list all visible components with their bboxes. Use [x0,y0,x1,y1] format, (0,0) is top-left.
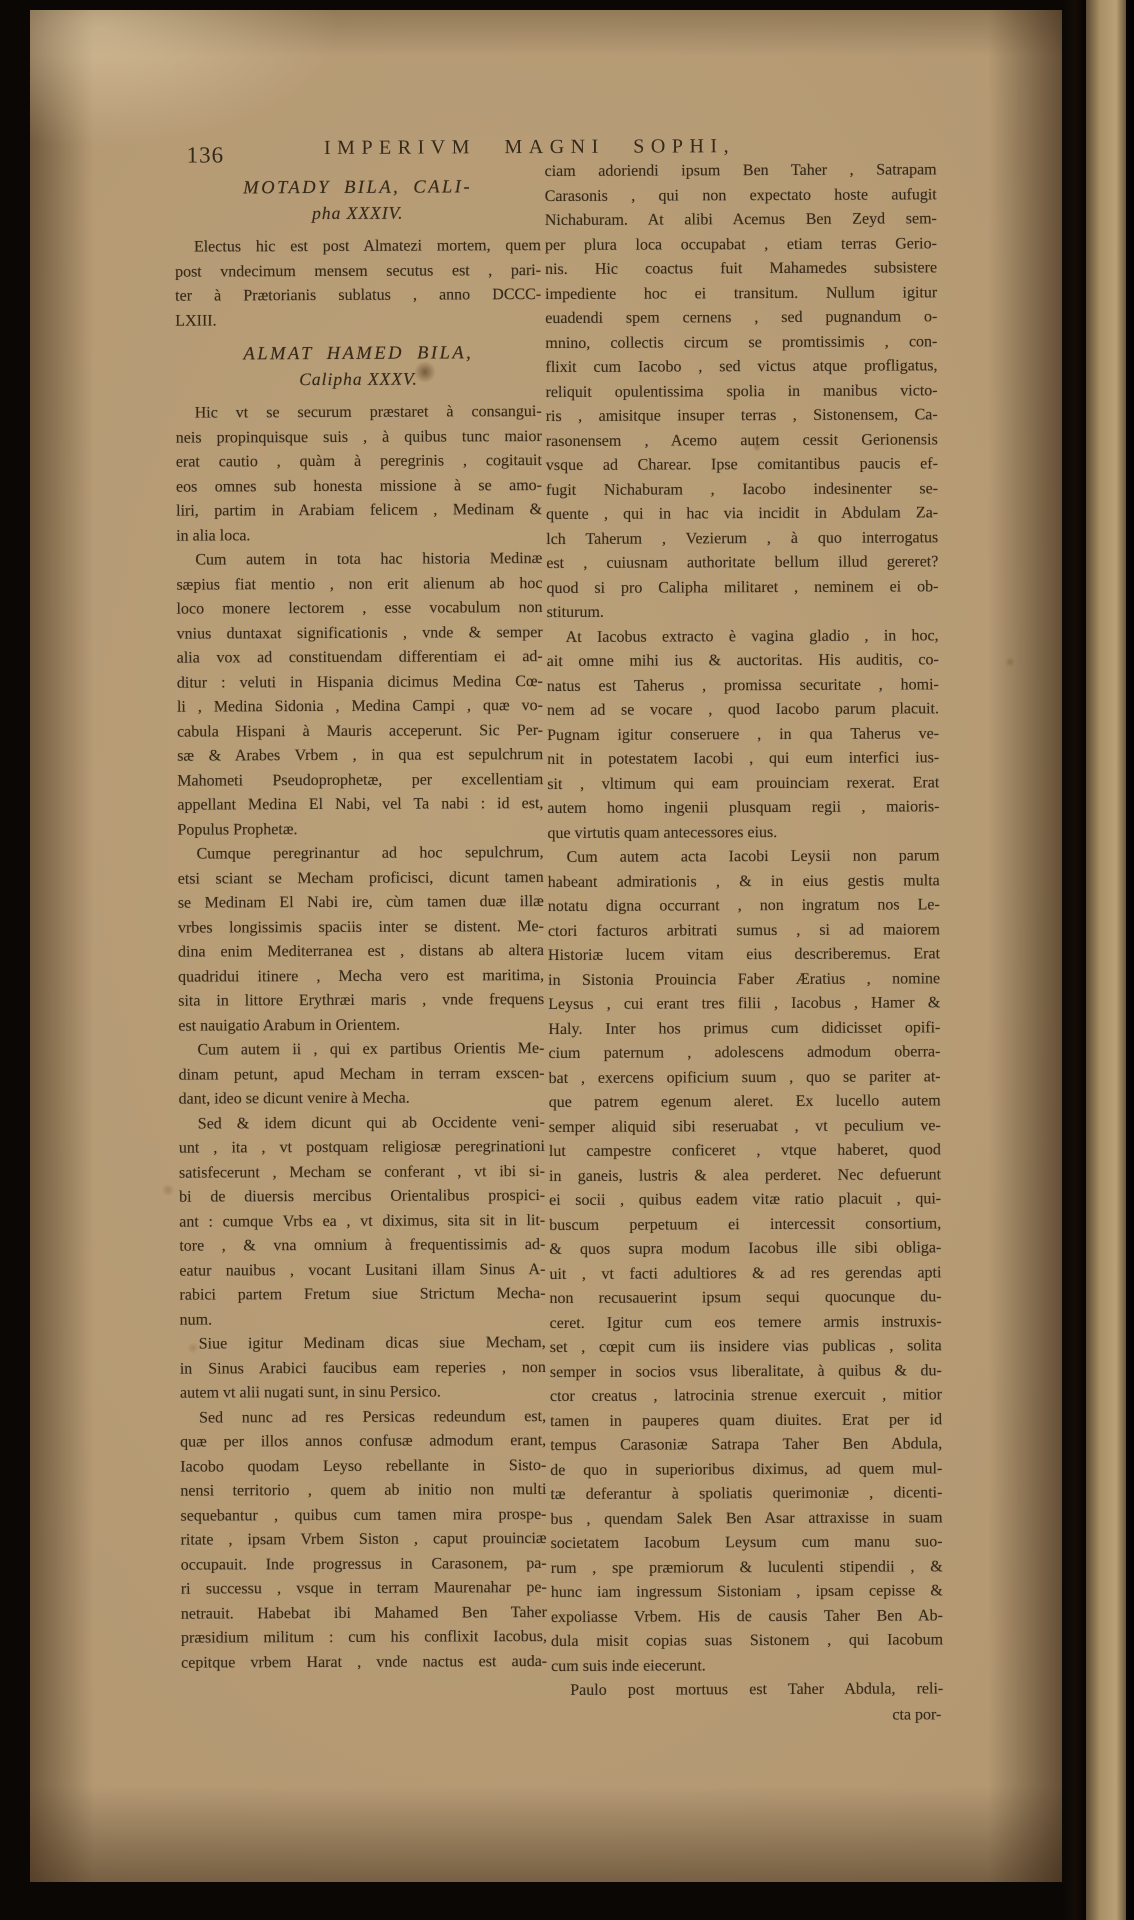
text-line: ri successu , vsque in terram Maurenahar… [181,1576,547,1602]
text-line: autem homo ingenii plusquam regii , maio… [547,795,939,821]
text-line: Sed & idem dicunt qui ab Occidente veni- [179,1111,545,1137]
text-line: loco monere lectorem , esse vocabulum no… [176,596,542,622]
text-line: Pugnam igitur conseruere , in qua Taheru… [547,722,939,748]
text-line: sita in littore Erythræi maris , vnde fr… [178,988,544,1014]
text-line: habeant admirationis , & in eius gestis … [548,869,940,895]
book-page: 136 IMPERIVM MAGNI SOPHI, MOTADY BILA, C… [30,10,1062,1882]
page-content: 136 IMPERIVM MAGNI SOPHI, MOTADY BILA, C… [26,8,1066,1884]
text-line: Carasonis , qui non expectato hoste aufu… [545,183,937,209]
text-line: satisfecerunt , Mecham se conferant , vt… [179,1160,545,1186]
text-line: quæ per illos annos confusæ admodum eran… [180,1429,546,1455]
text-line: Historiæ lucem vitam eius describeremus.… [548,942,940,968]
text-line: quadridui itinere , Mecha vero est marit… [178,964,544,990]
text-line: est nauigatio Arabum in Orientem. [178,1013,544,1039]
text-line: vnius duntaxat significationis , vnde & … [177,621,543,647]
body-paragraph: Sed & idem dicunt qui ab Occidente veni-… [179,1111,546,1333]
text-line: tamen in pauperes quam diuites. Erat per… [550,1408,942,1434]
text-line: est , cuiusnam authoritate bellum illud … [546,550,938,576]
text-line: semper aliquid sibi reseruabat , vt pecu… [549,1114,941,1140]
text-line: mnino, collectis circum se promtissimis … [545,330,937,356]
text-line: ant : cumque Vrbs ea , vt diximus, sita … [179,1209,545,1235]
text-line: bus , quendam Salek Ben Asar attraxisse … [550,1506,942,1532]
text-line: liri, partim in Arabiam felicem , Medina… [176,498,542,524]
text-line: lut campestre conficeret , vtque haberet… [549,1138,941,1164]
text-line: ei socii , quibus eadem vitæ ratio placu… [549,1187,941,1213]
text-line: cta por- [551,1703,941,1729]
text-line: Electus hic est post Almatezi mortem, qu… [175,234,541,260]
text-line: nem ad se vocare , quod Iacobo parum pla… [547,697,939,723]
text-line: pha XXXIV. [175,200,541,226]
body-paragraph: Hic vt se securum præstaret à consangui-… [176,400,543,549]
section-heading: MOTADY BILA, CALI-pha XXXIV. [175,175,541,226]
body-paragraph: Electus hic est post Almatezi mortem, qu… [175,234,541,334]
text-line: præsidium militum : cum his conflixit Ia… [181,1625,547,1651]
text-line: ciam adoriendi ipsum Ben Taher , Satrapa… [545,158,937,184]
body-paragraph: Cum autem ii , qui ex partibus Orientis … [178,1037,544,1112]
text-line: ditur : veluti in Hispania dicimus Medin… [177,670,543,696]
text-line: ctor creatus , latrocinia strenue exercu… [550,1383,942,1409]
body-paragraph: Cum autem in tota hac historia Medinæsæp… [176,547,543,843]
text-line: que virtutis quam antecessores eius. [547,820,939,846]
text-line: etsi sciant se Mecham proficisci, dicunt… [178,866,544,892]
text-line: Nichaburam. At alibi Acemus Ben Zeyd sem… [545,207,937,233]
text-line: dinam petunt, apud Mecham in terram exsc… [179,1062,545,1088]
body-paragraph: Siue igitur Medinam dicas siue Mecham,in… [180,1331,546,1406]
text-line: natus est Taherus , promissa securitate … [547,673,939,699]
text-line: eos omnes sub honesta missione à se amo- [176,474,542,500]
text-line: Iacobo quodam Leyso rebellante in Sisto- [180,1454,546,1480]
text-line: & quos supra modum Iacobus ille sibi obl… [549,1236,941,1262]
text-line: vrbes longissimis spaciis inter se diste… [178,915,544,941]
text-line: tempus Carasoniæ Satrapa Taher Ben Abdul… [550,1432,942,1458]
catchword: cta por- [551,1703,943,1729]
text-line: Siue igitur Medinam dicas siue Mecham, [180,1331,546,1357]
text-line: Sed nunc ad res Persicas redeundum est, [180,1405,546,1431]
text-line: li , Medina Sidonia , Medina Campi , quæ… [177,694,543,720]
text-line: tæ deferantur à spoliatis querimoniæ , d… [550,1481,942,1507]
text-line: Cum autem in tota hac historia Medinæ [176,547,542,573]
text-line: in ganeis, lustris & alea perderet. Nec … [549,1163,941,1189]
text-line: eatur nauibus , vocant Lusitani illam Si… [179,1258,545,1284]
text-line: in Sinus Arabici faucibus eam reperies ,… [180,1356,546,1382]
left-column: MOTADY BILA, CALI-pha XXXIV.Electus hic … [175,166,548,1676]
text-line: lch Taherum , Vezierum , à quo interroga… [546,526,938,552]
book-scan: 136 IMPERIVM MAGNI SOPHI, MOTADY BILA, C… [0,0,1134,1920]
text-line: bi de diuersis mercibus Orientalibus pro… [179,1184,545,1210]
text-line: sit , vltimum qui eam prouinciam rexerat… [547,771,939,797]
text-line: in alia loca. [176,523,542,549]
text-line: erat cautio , quàm à peregrinis , cogita… [176,449,542,475]
section-heading: ALMAT HAMED BILA,Calipha XXXV. [175,341,541,392]
text-line: Cum autem acta Iacobi Leysii non parum [548,844,940,870]
text-line: ait omne mihi ius & auctoritas. His audi… [547,648,939,674]
text-line: Mahometi Pseudoprophetæ, per excellentia… [177,768,543,794]
text-line: dina enim Mediterranea est , distans ab … [178,939,544,965]
text-line: dant, ideo se dicunt venire à Mecha. [179,1086,545,1112]
text-line: reliquit opulentissima spolia in manibus… [546,379,938,405]
text-line: netrauit. Habebat ibi Mahamed Ben Taher [181,1601,547,1627]
text-line: expoliasse Vrbem. His de causis Taher Be… [551,1604,943,1630]
text-line: MOTADY BILA, CALI- [175,175,541,201]
text-line: fugit Nichaburam , Iacobo indesinenter s… [546,477,938,503]
text-line: sequebantur , quibus cum tamen mira pros… [180,1503,546,1529]
text-line: rabici partem Fretum siue Strictum Mecha… [179,1282,545,1308]
text-line: cepitque vrbem Harat , vnde nactus est a… [181,1650,547,1676]
text-line: num. [180,1307,546,1333]
text-line: hunc iam ingressum Sistoniam , ipsam cep… [551,1579,943,1605]
text-line: Leysus , cui erant tres filii , Iacobus … [548,991,940,1017]
text-line: rasonensem , Acemo autem cessit Gerionen… [546,428,938,454]
text-line: stiturum. [546,599,938,625]
text-line: At Iacobus extracto è vagina gladio , in… [547,624,939,650]
text-line: ritate , ipsam Vrbem Siston , caput prou… [181,1527,547,1553]
text-line: Populus Prophetæ. [177,817,543,843]
text-line: tore , & vna omnium à frequentissimis ad… [179,1233,545,1259]
text-line: Calipha XXXV. [175,366,541,392]
text-line: nensi territorio , quem ab initio non mu… [180,1478,546,1504]
body-paragraph: At Iacobus extracto è vagina gladio , in… [547,624,940,846]
running-title: IMPERIVM MAGNI SOPHI, [144,134,914,160]
text-line: post vndecimum mensem secutus est , pari… [175,259,541,285]
text-line: impediente hoc ei transitum. Nullum igit… [545,281,937,307]
text-line: ctori facturos arbitrati sumus , si ad m… [548,918,940,944]
text-line: appellant Medina El Nabi, vel Ta nabi : … [177,792,543,818]
text-line: autem vt alii nugati sunt, in sinu Persi… [180,1380,546,1406]
adjacent-page-edge [1086,0,1126,1920]
text-line: dula misit copias suas Sistonem , qui Ia… [551,1628,943,1654]
text-line: nis. Hic coactus fuit Mahamedes subsiste… [545,256,937,282]
text-line: ter à Prætorianis sublatus , anno DCCC- [175,283,541,309]
body-paragraph: Sed nunc ad res Persicas redeundum est,q… [180,1405,547,1676]
text-line: quod si pro Calipha militaret , neminem … [546,575,938,601]
text-line: de quo in superioribus diximus, ad quem … [550,1457,942,1483]
right-column: ciam adoriendi ipsum Ben Taher , Satrapa… [545,158,944,1729]
text-line: nit in potestatem Iacobi , qui eum inter… [547,746,939,772]
text-line: societatem Iacobum Leysum cum manu suo- [551,1530,943,1556]
text-line: vsque ad Charear. Ipse comitantibus pauc… [546,452,938,478]
scan-edge [1126,0,1134,1920]
text-line: se Medinam El Nabi ire, cùm tamen duæ il… [178,890,544,916]
text-line: alia vox ad constituendam differentiam e… [177,645,543,671]
text-line: notatu digna occurrant , non ingratum no… [548,893,940,919]
text-line: uit , vt facti adultiores & ad res geren… [549,1261,941,1287]
body-paragraph: ciam adoriendi ipsum Ben Taher , Satrapa… [545,158,939,625]
text-line: cum suis inde eiecerunt. [551,1653,943,1679]
text-line: neis propinquisque suis , à quibus tunc … [176,425,542,451]
text-line: occupauit. Inde progressus in Carasonem,… [181,1552,547,1578]
text-line: per plura loca occupabat , etiam terras … [545,232,937,258]
text-line: Hic vt se securum præstaret à consangui- [176,400,542,426]
text-line: Haly. Inter hos primus cum didicisset op… [548,1016,940,1042]
text-line: Cumque peregrinantur ad hoc sepulchrum, [178,841,544,867]
text-line: ceret. Igitur cum eos temere armis instr… [550,1310,942,1336]
body-paragraph: Cum autem acta Iacobi Leysii non parumha… [548,844,944,1679]
text-line: ris , amisitque insuper terras , Sistone… [546,403,938,429]
text-line: in Sistonia Prouincia Faber Æratius , no… [548,967,940,993]
body-paragraph: Cumque peregrinantur ad hoc sepulchrum,e… [178,841,545,1039]
text-line: que patrem egenum aleret. Ex lucello aut… [549,1089,941,1115]
text-line: cabula Hispani à Mauris acceperunt. Sic … [177,719,543,745]
text-line: bat , exercens opificium suum , quo se p… [549,1065,941,1091]
text-line: LXIII. [175,308,541,334]
text-line: buscum perpetuum ei intercessit consorti… [549,1212,941,1238]
text-line: euadendi spem cernens , sed pugnandum o- [545,305,937,331]
text-line: sæpius fiat mentio , non erit alienum ab… [176,572,542,598]
text-line: Cum autem ii , qui ex partibus Orientis … [178,1037,544,1063]
text-line: set , cœpit cum iis insidere vias public… [550,1334,942,1360]
text-line: semper in socios vsus liberalitate, à qu… [550,1359,942,1385]
text-line: sæ & Arabes Vrbem , in qua est sepulchru… [177,743,543,769]
text-line: unt , ita , vt postquam religiosæ peregr… [179,1135,545,1161]
text-line: cium paternum , adolescens admodum oberr… [548,1040,940,1066]
text-line: quente , qui in hac via incidit in Abdul… [546,501,938,527]
text-line: flixit cum Iacobo , sed victus atque pro… [545,354,937,380]
body-paragraph: Paulo post mortuus est Taher Abdula, rel… [551,1677,943,1703]
text-line: ALMAT HAMED BILA, [175,341,541,367]
text-line: rum , spe præmiorum & luculenti stipendi… [551,1555,943,1581]
text-line: non recusauerint ipsum sequi quocunque d… [549,1285,941,1311]
text-line: Paulo post mortuus est Taher Abdula, rel… [551,1677,943,1703]
page-gutter-shadow [1062,0,1086,1920]
